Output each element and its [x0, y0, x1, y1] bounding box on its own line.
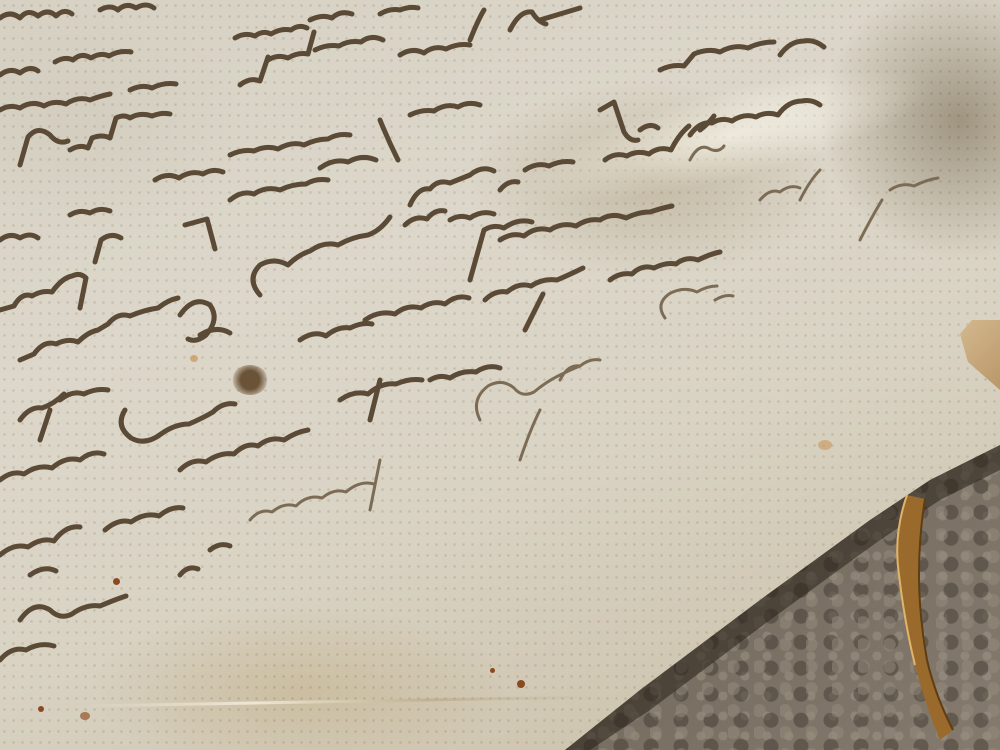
- curled-parchment-strip: [885, 495, 955, 745]
- photo-scene: Close-up photograph of a medieval parchm…: [0, 0, 1000, 750]
